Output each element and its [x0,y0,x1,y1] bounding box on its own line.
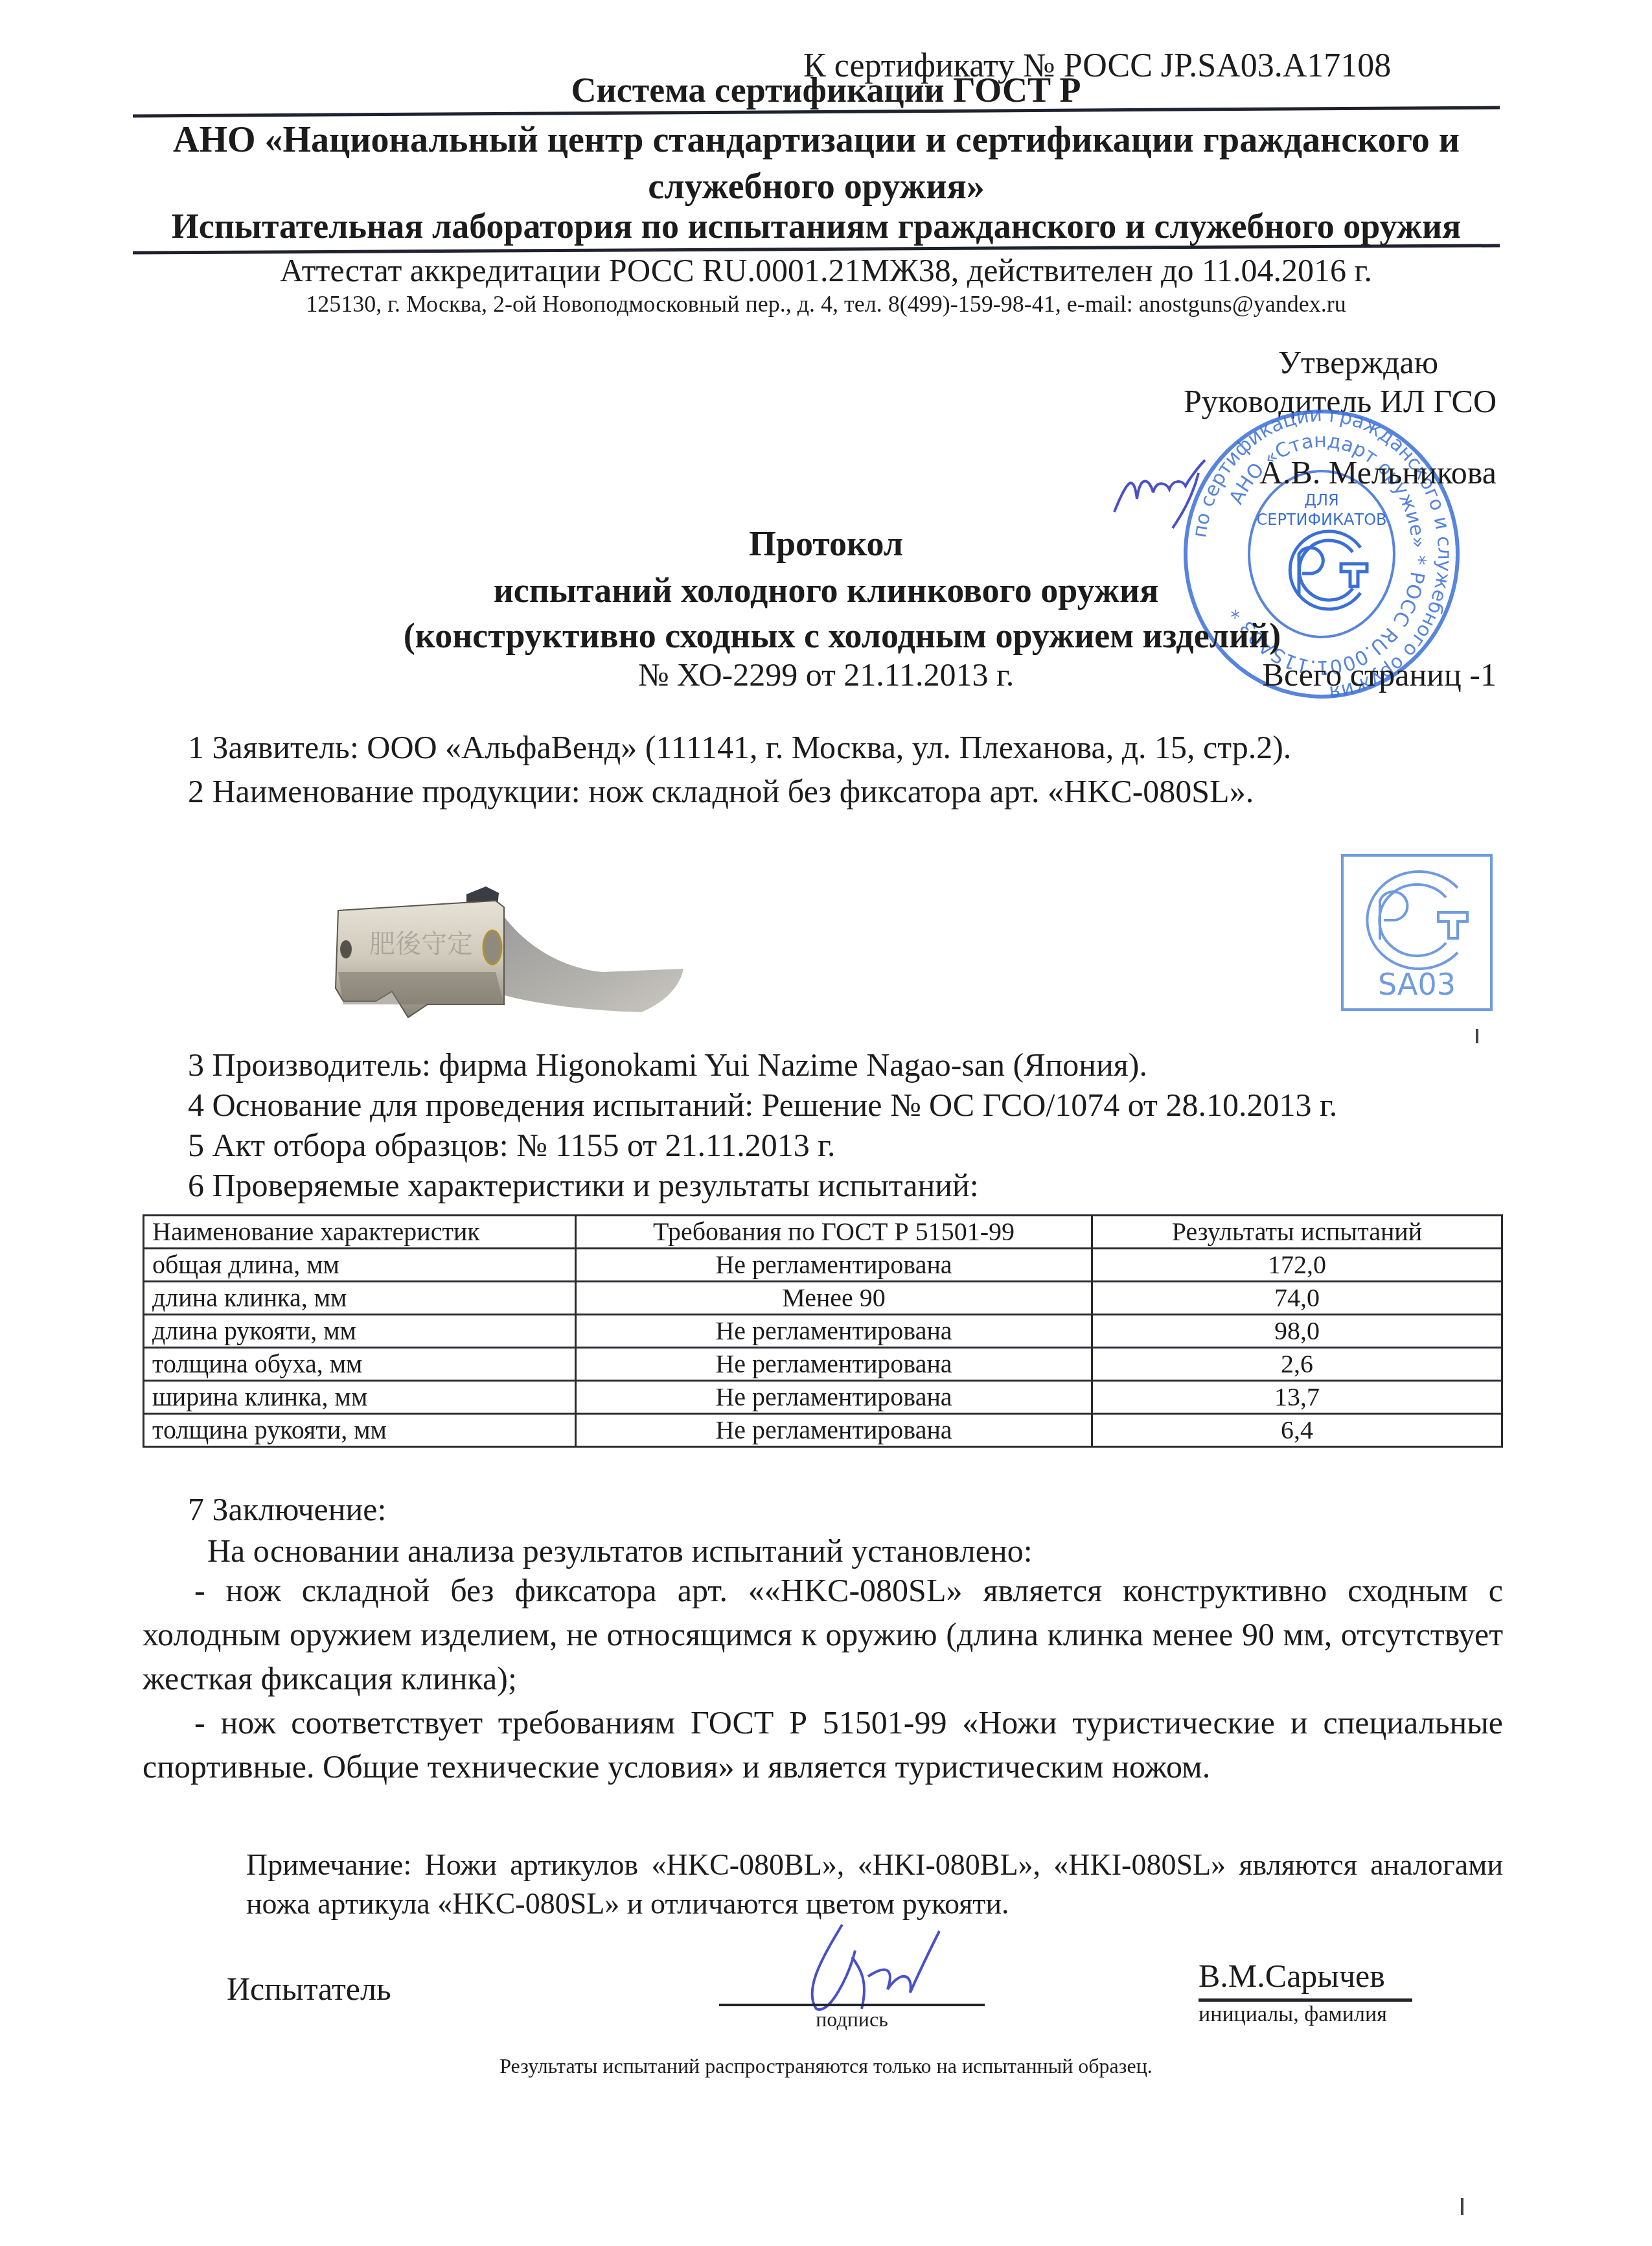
conclusion-body: - нож складной без фиксатора арт. ««HKC-… [143,1568,1503,1789]
stamp-inner-label: ДЛЯ [1304,491,1338,509]
protocol-subtitle-2: (конструктивно сходных с холодным оружие… [389,616,1296,656]
note-paragraph: Примечание: Ножи артикулов «HKC-080BL», … [246,1846,1503,1923]
characteristics-heading: 6 Проверяемые характеристики и результат… [188,1166,979,1204]
approver-name: А.В. Мельникова [1259,454,1497,491]
table-row: ширина клинка, мм Не регламентирована 13… [144,1381,1502,1414]
accreditation-line: Аттестат аккредитации РОСС RU.0001.21МЖ3… [0,251,1652,289]
certification-system-title: Система сертификации ГОСТ Р [0,70,1652,110]
laboratory-name: Испытательная лаборатория по испытаниям … [133,206,1500,246]
tester-name: В.М.Сарычев [1199,1957,1385,1995]
signature-line [719,2004,985,2006]
characteristic-cell: толщина рукояти, мм [144,1414,576,1447]
tester-label: Испытатель [227,1970,391,2008]
table-row: общая длина, мм Не регламентирована 172,… [144,1249,1502,1282]
characteristic-cell: длина рукояти, мм [144,1315,576,1348]
svg-text:肥後守定: 肥後守定 [369,929,473,959]
requirement-cell: Не регламентирована [576,1414,1092,1447]
conformity-mark: SA03 [1335,842,1503,1027]
result-cell: 172,0 [1092,1249,1502,1282]
organization-name: АНО «Национальный центр стандартизации и… [133,117,1500,210]
approve-label: Утверждаю [1278,343,1438,381]
result-cell: 6,4 [1092,1414,1502,1447]
applicant-line: 1 Заявитель: ООО «АльфаВенд» (111141, г.… [188,728,1291,766]
requirement-cell: Менее 90 [576,1282,1092,1315]
scan-mark [1476,1029,1478,1043]
result-cell: 74,0 [1092,1282,1502,1315]
table-row: толщина обуха, мм Не регламентирована 2,… [144,1348,1502,1381]
requirement-cell: Не регламентирована [576,1348,1092,1381]
characteristic-cell: общая длина, мм [144,1249,576,1282]
result-cell: 13,7 [1092,1381,1502,1414]
conclusion-point-1: - нож складной без фиксатора арт. ««HKC-… [143,1568,1503,1700]
approver-signature [1101,454,1231,535]
column-header-result: Результаты испытаний [1092,1216,1502,1249]
pct-mark-logo-icon [1367,872,1467,969]
table-header-row: Наименование характеристик Требования по… [144,1216,1502,1249]
characteristic-cell: ширина клинка, мм [144,1381,576,1414]
signature-caption: подпись [719,2008,985,2032]
manufacturer-line: 3 Производитель: фирма Higonokami Yui Na… [188,1046,1147,1083]
sampling-line: 5 Акт отбора образцов: № 1155 от 21.11.2… [188,1126,836,1164]
characteristic-cell: длина клинка, мм [144,1282,576,1315]
page-count: Всего страниц -1 [1263,656,1497,693]
protocol-subtitle: испытаний холодного клинкового оружия [0,570,1652,610]
name-caption: инициалы, фамилия [1199,2002,1387,2027]
scan-mark [1461,2198,1463,2215]
mark-code: SA03 [1378,967,1456,1002]
result-cell: 98,0 [1092,1315,1502,1348]
protocol-title: Протокол [0,524,1652,564]
column-header-requirement: Требования по ГОСТ Р 51501-99 [576,1216,1092,1249]
table-row: длина клинка, мм Менее 90 74,0 [144,1282,1502,1315]
product-line: 2 Наименование продукции: нож складной б… [188,772,1254,810]
basis-line: 4 Основание для проведения испытаний: Ре… [188,1086,1337,1124]
address-line: 125130, г. Москва, 2-ой Новоподмосковный… [0,290,1652,318]
name-underline [1199,1998,1412,2002]
requirement-cell: Не регламентирована [576,1381,1092,1414]
knife-photo: 肥後守定 [330,875,1341,1047]
result-cell: 2,6 [1092,1348,1502,1381]
requirement-cell: Не регламентирована [576,1249,1092,1282]
footer-disclaimer: Результаты испытаний распространяются то… [0,2054,1652,2078]
conclusion-heading: 7 Заключение: [188,1490,386,1528]
column-header-characteristic: Наименование характеристик [144,1216,576,1249]
characteristic-cell: толщина обуха, мм [144,1348,576,1381]
conclusion-intro: На основании анализа результатов испытан… [207,1532,1033,1569]
results-table: Наименование характеристик Требования по… [143,1214,1503,1448]
requirement-cell: Не регламентирована [576,1315,1092,1348]
conclusion-point-2: - нож соответствует требованиям ГОСТ Р 5… [143,1700,1503,1789]
table-row: длина рукояти, мм Не регламентирована 98… [144,1315,1502,1348]
table-row: толщина рукояти, мм Не регламентирована … [144,1414,1502,1447]
